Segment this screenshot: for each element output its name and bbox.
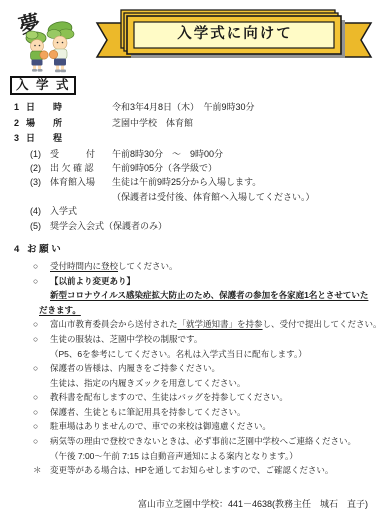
bullet-spacer [33,347,50,362]
request-text: 受付時間内に登校してください。 [50,259,384,274]
item-number: 2 [14,116,26,132]
request-text: 【以前より変更あり】 [50,274,384,289]
subitem-number [30,190,50,204]
request-text: 保護者、生徒ともに筆記用具を持参してください。 [50,405,384,420]
left-child-figure [26,31,48,72]
request-text: 富山市教育委員会から送付された「就学通知書」を持参し、受付で提出してください。 [50,317,384,332]
request-text: 保護者の皆様は、内履きをご持参ください。 [50,361,384,376]
schedule-subitem-scholarship: (5) 奨学会入会式（保護者のみ） [0,219,384,233]
banner-title: 入学式に向けて [134,21,336,47]
subitem-label: 奨学会入会式（保護者のみ） [50,219,112,233]
request-item: ○ 病気等の理由で登校できないときは、必ず事前に芝園中学校へご連絡ください。 [0,434,384,449]
requests-heading: 4 お 願 い [0,242,384,258]
schedule-subitem-reception: (1) 受 付 午前8時30分 ～ 9時00分 [0,147,384,161]
request-item-continuation: だきます。 [0,303,384,318]
schedule-item-place: 2 場 所 芝園中学校 体育館 [0,116,384,132]
item-value: 令和3年4月8日（木） 午前9時30分 [112,100,384,116]
request-item: ○ 富山市教育委員会から送付された「就学通知書」を持参し、受付で提出してください… [0,317,384,332]
request-text: 変更等がある場合は、HPを通してお知らせしますので、ご確認ください。 [50,463,384,478]
right-child-figure [47,20,74,72]
request-item-continuation: 生徒は、指定の内履きズックを用意してください。 [0,376,384,391]
subitem-value [112,219,384,233]
bullet-spacer [33,449,50,464]
bullet-spacer [33,376,50,391]
circle-bullet-icon: ○ [33,419,50,434]
subitem-label: 受 付 [50,147,112,161]
schedule-subitem-attendance: (2) 出 欠 確 認 午前9時05分（各学級で） [0,161,384,175]
kids-illustration-graphic: 夢 [12,4,82,76]
bullet-spacer [33,288,50,303]
school-contact-footer: 富山市立芝園中学校：441－4638(教務主任 城石 直子) [138,497,368,510]
asterisk-bullet-icon: ＊ [33,463,50,478]
circle-bullet-icon: ○ [33,390,50,405]
subitem-label: 出 欠 確 認 [50,161,112,175]
title-banner: 入学式に向けて [94,6,374,64]
document-header: 夢 [0,0,384,74]
subitem-number: (4) [30,204,50,218]
request-text: （P5、6を参考にしてください。名札は入学式当日に配布します。） [50,347,384,362]
circle-bullet-icon: ○ [33,405,50,420]
subitem-value: 生徒は午前9時25分から入場します。 [112,175,384,189]
circle-bullet-icon: ○ [33,274,50,289]
subitem-value: 午前8時30分 ～ 9時00分 [112,147,384,161]
schedule-subitem-gym-entry-note: （保護者は受付後、体育館へ入場してください。） [0,190,384,204]
subitem-label [50,190,112,204]
item-number: 1 [14,100,26,116]
request-item-continuation: 新型コロナウイルス感染症拡大防止のため、保護者の参加を各家庭1名とさせていた [0,288,384,303]
request-text: だきます。 [39,303,384,318]
schedule-subitem-gym-entry: (3) 体育館入場 生徒は午前9時25分から入場します。 [0,175,384,189]
bullet-spacer [22,303,39,318]
request-item-continuation: （午後 7:00～午前 7:15 は自動音声通知による案内となります。） [0,449,384,464]
requests-list: ○ 受付時間内に登校してください。 ○ 【以前より変更あり】 新型コロナウイルス… [0,259,384,478]
item-number: 3 [14,131,26,147]
requests-heading-label: お 願 い [27,242,61,258]
circle-bullet-icon: ○ [33,434,50,449]
item-label: 場 所 [26,116,112,132]
document-page: 夢 [0,0,384,529]
request-text: 教科書を配布しますので、生徒はバッグを持参してください。 [50,390,384,405]
request-item: ○ 【以前より変更あり】 [0,274,384,289]
circle-bullet-icon: ○ [33,332,50,347]
subitem-value: （保護者は受付後、体育館へ入場してください。） [112,190,384,204]
subitem-label: 入学式 [50,204,112,218]
requests-heading-number: 4 [14,242,27,258]
request-item: ○ 保護者、生徒ともに筆記用具を持参してください。 [0,405,384,420]
kids-illustration: 夢 [12,4,82,76]
request-item-continuation: （P5、6を参考にしてください。名札は入学式当日に配布します。） [0,347,384,362]
schedule-item-program: 3 日 程 [0,131,384,147]
circle-bullet-icon: ○ [33,317,50,332]
item-value [112,131,384,147]
subitem-value: 午前9時05分（各学級で） [112,161,384,175]
request-text: 新型コロナウイルス感染症拡大防止のため、保護者の参加を各家庭1名とさせていた [50,288,384,303]
section-title-box: 入 学 式 [10,76,76,95]
request-item: ○ 受付時間内に登校してください。 [0,259,384,274]
subitem-number: (3) [30,175,50,189]
request-text: 生徒は、指定の内履きズックを用意してください。 [50,376,384,391]
request-text: 病気等の理由で登校できないときは、必ず事前に芝園中学校へご連絡ください。 [50,434,384,449]
request-item: ○ 保護者の皆様は、内履きをご持参ください。 [0,361,384,376]
item-value: 芝園中学校 体育館 [112,116,384,132]
request-item: ○ 教科書を配布しますので、生徒はバッグを持参してください。 [0,390,384,405]
subitem-number: (5) [30,219,50,233]
request-item-note: ＊ 変更等がある場合は、HPを通してお知らせしますので、ご確認ください。 [0,463,384,478]
schedule-section: 1 日 時 令和3年4月8日（木） 午前9時30分 2 場 所 芝園中学校 体育… [0,100,384,233]
circle-bullet-icon: ○ [33,259,50,274]
subitem-label: 体育館入場 [50,175,112,189]
item-label: 日 時 [26,100,112,116]
schedule-subitem-ceremony: (4) 入学式 [0,204,384,218]
request-text: 生徒の服装は、芝園中学校の制服です。 [50,332,384,347]
request-text: （午後 7:00～午前 7:15 は自動音声通知による案内となります。） [50,449,384,464]
request-text: 駐車場はありませんので、車での来校は御遠慮ください。 [50,419,384,434]
subitem-value [112,204,384,218]
section-title: 入 学 式 [16,78,70,92]
request-item: ○ 駐車場はありませんので、車での来校は御遠慮ください。 [0,419,384,434]
schedule-item-datetime: 1 日 時 令和3年4月8日（木） 午前9時30分 [0,100,384,116]
item-label: 日 程 [26,131,112,147]
request-item: ○ 生徒の服装は、芝園中学校の制服です。 [0,332,384,347]
subitem-number: (2) [30,161,50,175]
circle-bullet-icon: ○ [33,361,50,376]
subitem-number: (1) [30,147,50,161]
